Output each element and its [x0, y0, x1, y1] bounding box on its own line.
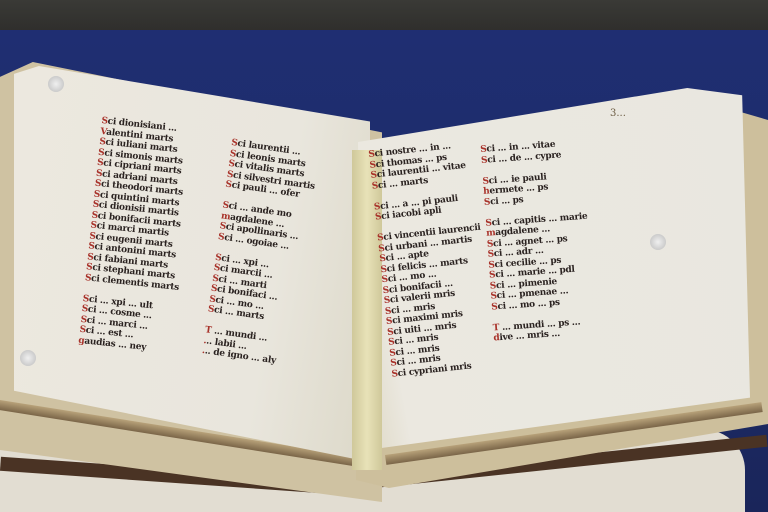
rubric-initial: S	[81, 304, 88, 315]
pin-icon	[650, 234, 666, 250]
rubric-initial: S	[368, 149, 375, 160]
rubric-initial: V	[100, 126, 107, 137]
rubric-initial: S	[97, 158, 104, 169]
rubric-initial: S	[212, 273, 220, 284]
rubric-initial: S	[484, 197, 491, 207]
rubric-initial: S	[98, 147, 105, 158]
rubric-initial: S	[93, 189, 100, 200]
rubric-initial: d	[493, 333, 500, 343]
rubric-initial: S	[387, 327, 394, 338]
pin-icon	[20, 350, 36, 366]
rubric-initial: S	[79, 325, 86, 336]
photo-scene: Codex ... Oxoniae ... ca. 1460 Sci dioni…	[0, 0, 768, 512]
rubric-initial: S	[231, 138, 239, 149]
rubric-initial: S	[378, 243, 385, 254]
rubric-initial: S	[384, 306, 391, 317]
rubric-initial: S	[388, 337, 395, 348]
rubric-initial: S	[375, 212, 382, 223]
rubric-initial: S	[480, 145, 487, 155]
rubric-initial: S	[209, 294, 217, 305]
rubric-initial: S	[373, 202, 380, 213]
rubric-initial: S	[370, 170, 377, 181]
rubric-initial: S	[222, 200, 230, 211]
pin-icon	[48, 76, 64, 92]
rubric-initial: S	[92, 200, 99, 211]
rubric-initial: S	[94, 179, 101, 190]
rubric-initial: S	[91, 210, 98, 221]
rubric-initial: S	[215, 252, 223, 263]
rubric-initial: S	[390, 358, 397, 369]
rubric-initial: S	[489, 270, 496, 280]
rubric-initial: m	[486, 228, 496, 239]
rubric-initial: S	[84, 273, 91, 284]
folio-number: 3...	[610, 108, 626, 119]
rubric-initial: S	[86, 262, 93, 273]
rubric-initial: .	[201, 346, 205, 356]
rubric-initial: S	[226, 169, 234, 180]
rubric-initial: S	[371, 181, 378, 192]
right-page-column-2: Sci ... in ... vitaeSci ... de ... cypre…	[480, 138, 596, 344]
rubric-initial: S	[219, 221, 227, 232]
rubric-initial: S	[225, 180, 233, 191]
rubric-initial: S	[89, 231, 96, 242]
rubric-initial: S	[391, 369, 398, 380]
rubric-initial: S	[488, 260, 495, 270]
rubric-initial: S	[88, 241, 95, 252]
rubric-initial: S	[379, 254, 386, 265]
rubric-initial: T	[492, 323, 499, 333]
rubric-initial: S	[377, 233, 384, 244]
rubric-initial: S	[389, 348, 396, 359]
rubric-initial: S	[82, 294, 89, 305]
rubric-initial: S	[485, 218, 492, 228]
rubric-initial: S	[490, 281, 497, 291]
rubric-initial: S	[210, 284, 218, 295]
rubric-initial: h	[483, 186, 490, 196]
rubric-initial: S	[229, 148, 237, 159]
rubric-initial: T	[204, 325, 212, 336]
rubric-initial: S	[382, 285, 389, 296]
rubric-initial: S	[386, 316, 393, 327]
rubric-initial: S	[101, 116, 108, 127]
rubric-initial: S	[490, 291, 497, 301]
rubric-initial: S	[381, 275, 388, 286]
rubric-initial: S	[481, 155, 488, 165]
rubric-initial: S	[383, 296, 390, 307]
rubric-initial: S	[491, 302, 498, 312]
rubric-initial: S	[369, 160, 376, 171]
rubric-initial: S	[95, 168, 102, 179]
rubric-initial: S	[217, 232, 225, 243]
rubric-initial: S	[213, 263, 221, 274]
rubric-initial: S	[228, 159, 236, 170]
gallery-wall	[0, 0, 768, 34]
rubric-initial: g	[78, 335, 85, 346]
rubric-initial: S	[80, 314, 87, 325]
rubric-initial: m	[220, 211, 231, 222]
rubric-initial: S	[90, 220, 97, 231]
rubric-initial: S	[487, 239, 494, 249]
rubric-initial: .	[203, 336, 207, 346]
rubric-initial: S	[87, 252, 94, 263]
rubric-initial: S	[99, 137, 106, 148]
rubric-initial: S	[482, 176, 489, 186]
rubric-initial: S	[207, 304, 215, 315]
rubric-initial: S	[380, 264, 387, 275]
rubric-initial: S	[487, 249, 494, 259]
